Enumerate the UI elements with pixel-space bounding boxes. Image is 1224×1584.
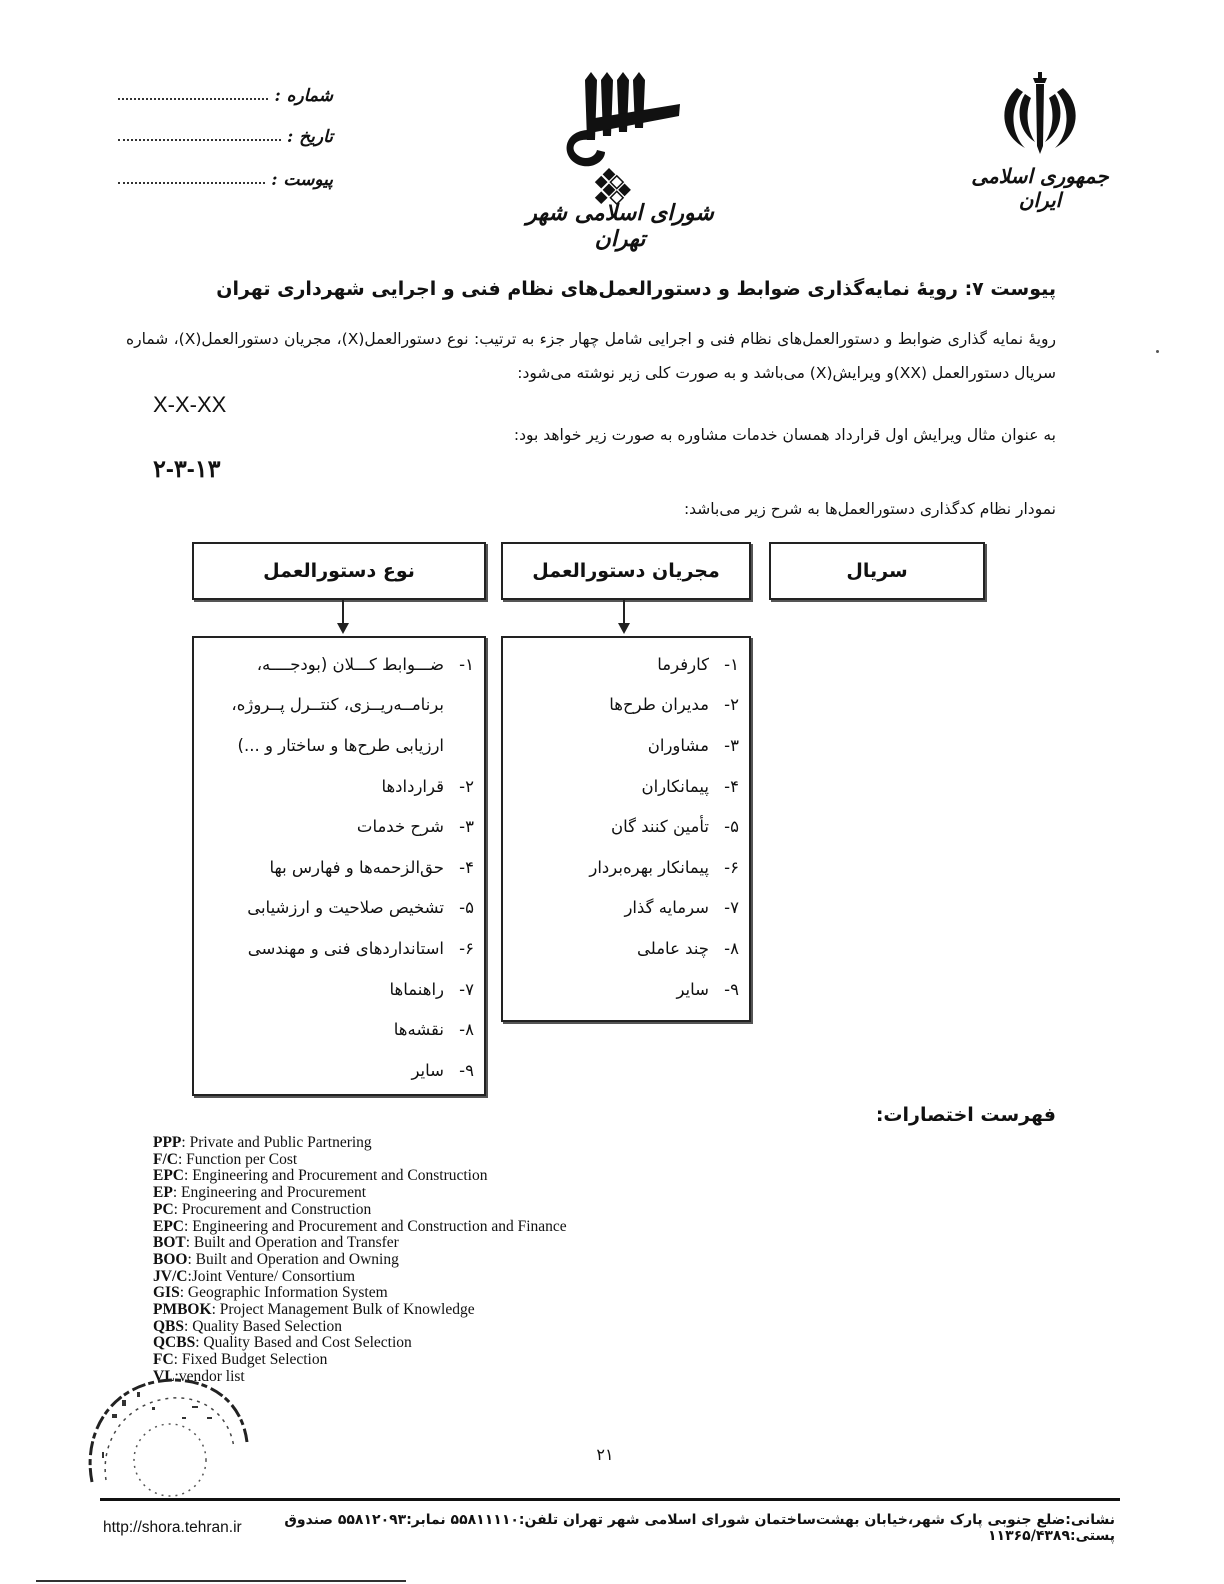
list-item: ۵-تشخیص صلاحیت و ارزشیابی: [231, 888, 474, 929]
arrow-executors-line: [623, 598, 625, 624]
website-link[interactable]: http://shora.tehran.ir: [103, 1519, 242, 1537]
list-item: ۲-مدیران طرح‌ها: [589, 685, 739, 726]
abbreviation-item: EP: Engineering and Procurement: [153, 1185, 567, 1202]
list-item: ۲-قراردادها: [231, 766, 474, 807]
example-code: ۲-۳-۱۳: [153, 455, 221, 484]
abbreviation-item: BOO: Built and Operation and Owning: [153, 1252, 567, 1269]
document-title: پیوست ۷: رویهٔ نمایه‌گذاری ضوابط و دستور…: [156, 278, 1056, 300]
list-item: ۹-سایر: [589, 969, 739, 1010]
abbreviations-list: PPP: Private and Public Partnering F/C: …: [153, 1135, 567, 1386]
number-field-label: شماره :: [274, 86, 333, 106]
intro-paragraph: رویهٔ نمایه گذاری ضوابط و دستورالعمل‌های…: [126, 322, 1056, 390]
list-item: ۱-ضـــوابط كـــلان (بودجــــه،: [231, 644, 474, 685]
abbreviation-item: BOT: Built and Operation and Transfer: [153, 1235, 567, 1252]
margin-mark: [1156, 350, 1159, 353]
list-item: ۴-پیمانكاران: [589, 766, 739, 807]
example-sentence: به عنوان مثال ویرایش اول قرارداد همسان خ…: [126, 418, 1056, 452]
arrow-down-icon: [618, 623, 630, 634]
abbreviation-item: PC: Procurement and Construction: [153, 1202, 567, 1219]
general-format-code: X-X-XX: [153, 392, 226, 418]
header-executors-label: مجریان دستورالعمل: [532, 560, 720, 582]
header-box-type: نوع دستورالعمل: [192, 542, 486, 600]
list-item: ارزیابی طرح‌ها و ساختار و ...): [231, 725, 474, 766]
executors-list: ۱-كارفرما ۲-مدیران طرح‌ها ۳-مشاوران ۴-پی…: [589, 644, 739, 1009]
arrow-type-line: [342, 598, 344, 624]
executors-list-box: ۱-كارفرما ۲-مدیران طرح‌ها ۳-مشاوران ۴-پی…: [501, 636, 751, 1022]
abbreviation-item: QBS: Quality Based Selection: [153, 1319, 567, 1336]
header-box-executors: مجریان دستورالعمل: [501, 542, 751, 600]
list-item: ۸-نقشه‌ها: [231, 1009, 474, 1050]
header-box-serial: سریال: [769, 542, 985, 600]
list-item: ۷-راهنماها: [231, 969, 474, 1010]
abbreviation-item: JV/C:Joint Venture/ Consortium: [153, 1269, 567, 1286]
list-item: ۷-سرمایه گذار: [589, 888, 739, 929]
list-item: ۳-شرح خدمات: [231, 806, 474, 847]
page-number: ۲۱: [585, 1445, 625, 1464]
abbreviation-item: F/C: Function per Cost: [153, 1152, 567, 1169]
abbreviation-item: QCBS: Quality Based and Cost Selection: [153, 1335, 567, 1352]
iran-emblem-icon: [995, 70, 1085, 160]
abbreviation-item: PMBOK: Project Management Bulk of Knowle…: [153, 1302, 567, 1319]
date-field: تاریخ :: [118, 125, 333, 147]
emblem-caption: جمهوری اسلامی ایران: [960, 164, 1120, 212]
abbreviation-item: EPC: Engineering and Procurement and Con…: [153, 1219, 567, 1236]
header-type-label: نوع دستورالعمل: [263, 560, 415, 582]
council-logo-caption: شورای اسلامی شهر تهران: [520, 200, 720, 252]
official-stamp-icon: [82, 1362, 257, 1502]
footer-divider: [100, 1498, 1120, 1501]
attachment-field-value: [118, 182, 265, 184]
abbreviation-item: PPP: Private and Public Partnering: [153, 1135, 567, 1152]
list-item: ۱-كارفرما: [589, 644, 739, 685]
list-item: ۵-تأمین كنند گان: [589, 806, 739, 847]
number-field: شماره :: [118, 84, 333, 106]
date-field-label: تاریخ :: [287, 127, 333, 147]
footer-address: نشانی:ضلع جنوبی پارک شهر،خیابان بهشت‌ساخ…: [242, 1512, 1115, 1544]
list-item: ۹-سایر: [231, 1050, 474, 1091]
abbreviations-heading: فهرست اختصارات:: [876, 1104, 1056, 1126]
list-item: ۳-مشاوران: [589, 725, 739, 766]
date-field-value: [118, 139, 281, 141]
abbreviation-item: EPC: Engineering and Procurement and Con…: [153, 1168, 567, 1185]
arrow-down-icon: [337, 623, 349, 634]
list-item: ۸-چند عاملی: [589, 928, 739, 969]
footer: http://shora.tehran.ir نشانی:ضلع جنوبی پ…: [103, 1512, 1115, 1544]
list-item: ۶-پیمانكار بهره‌بردار: [589, 847, 739, 888]
list-item: ۶-استانداردهای فنی و مهندسی: [231, 928, 474, 969]
attachment-field-label: پیوست :: [271, 170, 333, 190]
list-item: برنامــه‌ریــزی، كنتــرل پــروژه،: [231, 685, 474, 726]
number-field-value: [118, 98, 268, 100]
type-list: ۱-ضـــوابط كـــلان (بودجــــه، برنامــه‌…: [231, 644, 474, 1091]
list-item: ۴-حق‌الزحمه‌ها و فهارس بها: [231, 847, 474, 888]
abbreviation-item: GIS: Geographic Information System: [153, 1285, 567, 1302]
type-list-box: ۱-ضـــوابط كـــلان (بودجــــه، برنامــه‌…: [192, 636, 486, 1096]
header-serial-label: سریال: [846, 560, 907, 582]
diagram-intro: نمودار نظام کدگذاری دستورالعمل‌ها به شرح…: [126, 492, 1056, 526]
bottom-edge-line: [36, 1580, 406, 1582]
council-logo-icon: [555, 70, 690, 205]
attachment-field: پیوست :: [118, 168, 333, 190]
